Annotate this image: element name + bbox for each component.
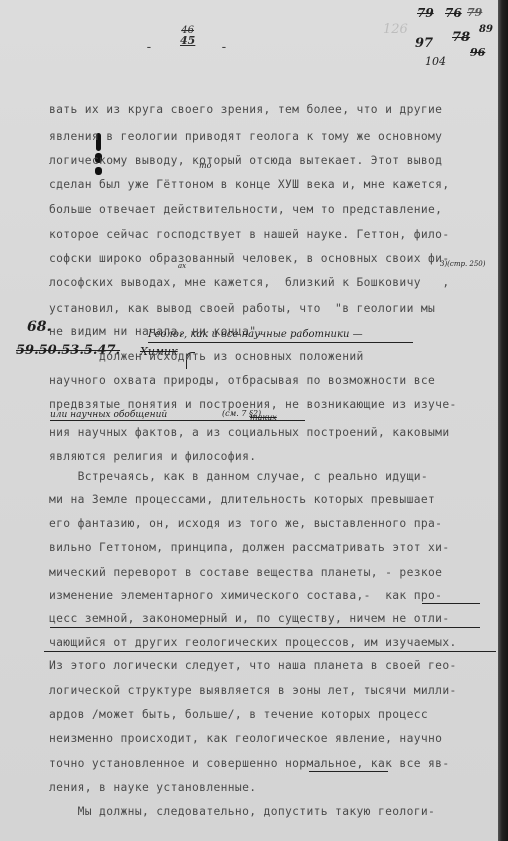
text-line-6: которое сейчас господствует в нашей наук…	[49, 228, 449, 242]
folio-89: 89	[479, 24, 493, 35]
insertion-underline-2	[50, 420, 305, 421]
text-line-27: неизменно происходит, как геологическое …	[49, 732, 442, 746]
folio-97: 97	[415, 36, 433, 51]
text-line-22: цесс земной, закономерный и, по существу…	[49, 612, 449, 626]
folio-76: 76	[445, 6, 462, 20]
text-line-28: точно установленное и совершенно нормаль…	[49, 757, 449, 771]
page-number: 46 45	[180, 26, 195, 46]
text-line-1: вать их из круга своего зрения, тем боле…	[49, 103, 442, 117]
margin-number-68: 68.	[27, 319, 51, 335]
page-header-right: -	[220, 40, 228, 55]
text-line-17: ми на Земле процессами, длительность кот…	[49, 493, 435, 507]
text-line-25: логической структуре выявляется в эоны л…	[49, 684, 457, 698]
text-line-18: его фантазию, он, исходя из того же, выс…	[49, 517, 442, 531]
insertion-generalizations: или научных обобщений	[50, 410, 167, 420]
text-line-7: софски широко образованный человек, в ос…	[49, 252, 449, 266]
folio-79-a: 79	[417, 6, 434, 20]
text-line-30: Мы должны, следовательно, допустить таку…	[49, 805, 435, 819]
underline-3	[44, 651, 496, 652]
dash-left: -	[145, 40, 153, 55]
insertion-geologist: Геолог, как и все научные работники —	[148, 329, 363, 340]
ink-mark-bottom	[95, 167, 102, 175]
text-line-5: больше отвечает действительности, чем то…	[49, 203, 442, 217]
text-line-8: лософских выводах, мне кажется, близкий …	[49, 276, 449, 290]
dash-right: -	[220, 40, 228, 55]
folio-78: 78	[452, 30, 470, 45]
page-header: -	[145, 40, 153, 55]
text-line-12: научного охвата природы, отбрасывая по в…	[49, 374, 435, 388]
text-line-3: логическому выводу, который отсюда вытек…	[49, 154, 442, 168]
underline-1	[422, 603, 480, 604]
text-line-4: сделан был уже Гёттоном в конце ХУШ века…	[49, 178, 449, 192]
text-line-14: ния научных фактов, а из социальных пост…	[49, 426, 449, 440]
text-line-26: ардов /может быть, больше/, в течение ко…	[49, 708, 428, 722]
page-number-current: 45	[180, 36, 195, 46]
document-page: - - 46 45 126 79 76 79 97 78 89 96 104 т…	[0, 0, 498, 841]
archive-faint-number: 126	[383, 22, 408, 37]
folio-79-b: 79	[467, 6, 482, 19]
text-line-23: чающийся от других геологических процесс…	[49, 636, 457, 650]
text-line-29: ления, в науке установленные.	[49, 781, 256, 795]
folio-96: 96	[470, 46, 485, 59]
text-line-9: установил, как вывод своей работы, что "…	[49, 302, 435, 316]
page-edge-shadow	[498, 0, 508, 841]
text-line-16: Встречаясь, как в данном случае, с реаль…	[49, 470, 428, 484]
text-line-15: являются религия и философия.	[49, 450, 256, 464]
underline-2	[50, 627, 480, 628]
text-line-2: явления в геологии приводят геолога к то…	[49, 130, 442, 144]
insertion-underline	[148, 342, 413, 343]
text-line-20: мический переворот в составе вещества пл…	[49, 566, 442, 580]
text-line-21: изменение элементарного химического сост…	[49, 589, 442, 603]
text-line-24: Из этого логически следует, что наша пла…	[49, 659, 457, 673]
underline-normal	[309, 771, 388, 772]
folio-104: 104	[425, 55, 446, 68]
text-line-11: должен исходить из основных положений	[49, 350, 364, 364]
text-line-19: вильно Геттоном, принципа, должен рассма…	[49, 541, 449, 555]
